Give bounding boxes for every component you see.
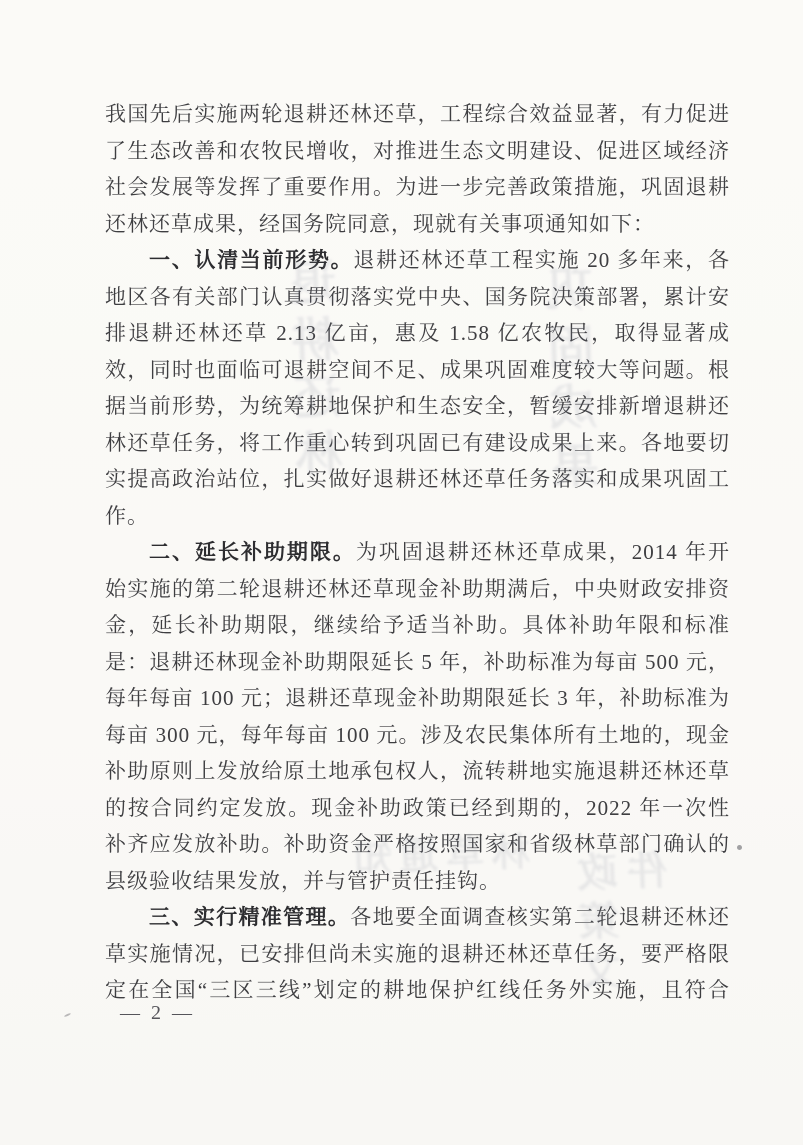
scanned-document-page: 我国先后实施两轮退耕还林还草，工程综合效益显著，有力促进 了生态改善和农牧民增收… <box>0 0 803 1145</box>
page-number: — 2 — <box>120 1002 195 1025</box>
doc-line: 据当前形势，为统筹耕地保护和生态安全，暂缓安排新增退耕还 <box>105 388 730 425</box>
section-3-first-text: 各地要全面调查核实第二轮退耕还林还 <box>350 905 730 929</box>
section-2-heading: 二、延长补助期限。 <box>149 541 356 564</box>
section-1-heading: 一、认清当前形势。 <box>149 249 353 272</box>
scan-speck <box>64 1013 71 1018</box>
doc-line-section-3-first: 三、实行精准管理。各地要全面调查核实第二轮退耕还林还 <box>105 899 730 936</box>
doc-line: 是：退耕还林现金补助期限延长 5 年，补助标准为每亩 500 元， <box>105 644 730 681</box>
doc-line: 每亩 300 元，每年每亩 100 元。涉及农民集体所有土地的，现金 <box>105 717 730 754</box>
doc-line: 实提高政治站位，扎实做好退耕还林还草任务落实和成果巩固工 <box>105 461 730 498</box>
doc-line: 了生态改善和农牧民增收，对推进生态文明建设、促进区域经济 <box>105 133 730 170</box>
scan-speck <box>737 845 742 850</box>
section-2-first-text: 为巩固退耕还林还草成果，2014 年开 <box>356 540 730 564</box>
doc-line: 每年每亩 100 元；退耕还草现金补助期限延长 3 年，补助标准为 <box>105 680 730 717</box>
doc-line: 补助原则上发放给原土地承包权人，流转耕地实施退耕还林还草 <box>105 753 730 790</box>
doc-line: 金，延长补助期限，继续给予适当补助。具体补助年限和标准 <box>105 607 730 644</box>
doc-line: 我国先后实施两轮退耕还林还草，工程综合效益显著，有力促进 <box>105 96 730 133</box>
doc-line: 地区各有关部门认真贯彻落实党中央、国务院决策部署，累计安 <box>105 279 730 316</box>
doc-line: 始实施的第二轮退耕还林还草现金补助期满后，中央财政安排资 <box>105 571 730 608</box>
doc-line: 草实施情况，已安排但尚未实施的退耕还林还草任务，要严格限 <box>105 936 730 973</box>
doc-line-section-1-first: 一、认清当前形势。退耕还林还草工程实施 20 多年来，各 <box>105 242 730 279</box>
doc-line: 县级验收结果发放，并与管护责任挂钩。 <box>105 863 730 900</box>
document-body: 我国先后实施两轮退耕还林还草，工程综合效益显著，有力促进 了生态改善和农牧民增收… <box>105 96 730 1009</box>
section-1-first-text: 退耕还林还草工程实施 20 多年来，各 <box>353 248 730 272</box>
doc-line: 还林还草成果，经国务院同意，现就有关事项通知如下： <box>105 206 730 243</box>
doc-line: 林还草任务，将工作重心转到巩固已有建设成果上来。各地要切 <box>105 425 730 462</box>
doc-line: 的按合同约定发放。现金补助政策已经到期的，2022 年一次性 <box>105 790 730 827</box>
doc-line: 作。 <box>105 498 730 535</box>
doc-line: 排退耕还林还草 2.13 亿亩，惠及 1.58 亿农牧民，取得显著成 <box>105 315 730 352</box>
doc-line: 补齐应发放补助。补助资金严格按照国家和省级林草部门确认的 <box>105 826 730 863</box>
doc-line: 社会发展等发挥了重要作用。为进一步完善政策措施，巩固退耕 <box>105 169 730 206</box>
doc-line: 定在全国“三区三线”划定的耕地保护红线任务外实施，且符合 <box>105 972 730 1009</box>
doc-line: 效，同时也面临可退耕空间不足、成果巩固难度较大等问题。根 <box>105 352 730 389</box>
section-3-heading: 三、实行精准管理。 <box>149 906 350 929</box>
doc-line-section-2-first: 二、延长补助期限。为巩固退耕还林还草成果，2014 年开 <box>105 534 730 571</box>
